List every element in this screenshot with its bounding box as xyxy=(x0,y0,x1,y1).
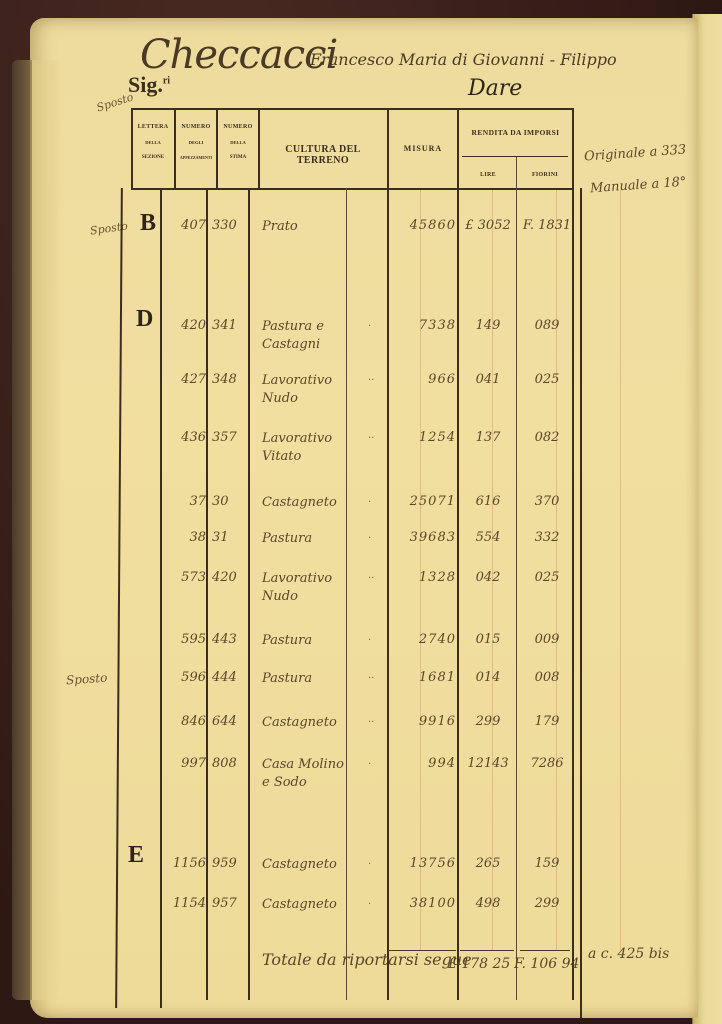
cell-dot: .. xyxy=(368,430,374,441)
cell-misura: 1681 xyxy=(390,670,456,685)
table-row: 596 444 Pastura .. 1681 014 008 xyxy=(0,670,722,710)
cell-dot: .. xyxy=(368,372,374,383)
cell-misura: 1328 xyxy=(390,570,456,585)
cell-fiorini: 025 xyxy=(522,372,572,387)
table-row: 573 420 Lavorativo Nudo .. 1328 042 025 xyxy=(0,570,722,610)
table-row: 595 443 Pastura . 2740 015 009 xyxy=(0,632,722,672)
cell-appezzamento: 38 xyxy=(166,530,206,545)
table-row: 427 348 Lavorativo Nudo .. 966 041 025 xyxy=(0,372,722,412)
cell-lire: 015 xyxy=(462,632,514,647)
cell-lire: 616 xyxy=(462,494,514,509)
cell-dot: .. xyxy=(368,714,374,725)
cell-fiorini: 332 xyxy=(522,530,572,545)
ledger-side-label: Dare xyxy=(468,76,522,101)
cell-dot: .. xyxy=(368,670,374,681)
total-lire: £ 178 25 xyxy=(448,956,510,972)
cell-dot: . xyxy=(368,318,371,329)
cell-appezzamento: 427 xyxy=(166,372,206,387)
table-row: 407 330 Prato 45860 £ 3052 F. 1831 xyxy=(0,218,722,258)
salutation-text: Sig. xyxy=(128,72,163,97)
header-stima: NUMERO DELLA STIMA xyxy=(217,124,259,160)
table-row: 846 644 Castagneto .. 9916 299 179 xyxy=(0,714,722,754)
cell-cultura: Pastura xyxy=(262,670,352,688)
cell-misura: 966 xyxy=(390,372,456,387)
cell-stima: 341 xyxy=(212,318,252,333)
header-appezzamenti: NUMERO DEGLI APPEZZAMENTI xyxy=(175,124,217,160)
cell-appezzamento: 436 xyxy=(166,430,206,445)
total-carry-note: a c. 425 bis xyxy=(588,946,669,962)
cell-lire: 149 xyxy=(462,318,514,333)
cell-misura: 7338 xyxy=(390,318,456,333)
cell-misura: 39683 xyxy=(390,530,456,545)
cell-stima: 644 xyxy=(212,714,252,729)
cell-fiorini: F. 1831 xyxy=(522,218,572,233)
cell-lire: 014 xyxy=(462,670,514,685)
cell-lire: 265 xyxy=(462,856,514,871)
cell-lire: 498 xyxy=(462,896,514,911)
cell-stima: 348 xyxy=(212,372,252,387)
table-row: 420 341 Pastura e Castagni . 7338 149 08… xyxy=(0,318,722,358)
cell-dot: . xyxy=(368,530,371,541)
cell-fiorini: 089 xyxy=(522,318,572,333)
cell-stima: 959 xyxy=(212,856,252,871)
rendita-divider xyxy=(462,156,568,157)
cell-fiorini: 370 xyxy=(522,494,572,509)
cell-dot: . xyxy=(368,756,371,767)
cell-lire: 042 xyxy=(462,570,514,585)
cell-dot: . xyxy=(368,896,371,907)
salutation: Sig.ri xyxy=(128,72,170,98)
cell-misura: 994 xyxy=(390,756,456,771)
header-sezione: LETTERA DELLA SEZIONE xyxy=(132,124,174,160)
header-fiorini: FIORINI xyxy=(518,172,572,178)
cell-dot: . xyxy=(368,632,371,643)
cell-fiorini: 299 xyxy=(522,896,572,911)
cell-appezzamento: 595 xyxy=(166,632,206,647)
cell-fiorini: 009 xyxy=(522,632,572,647)
cell-cultura: Casa Molino e Sodo xyxy=(262,756,352,792)
cell-appezzamento: 596 xyxy=(166,670,206,685)
owner-given-names: Francesco Maria di Giovanni - Filippo xyxy=(310,50,617,69)
cell-fiorini: 008 xyxy=(522,670,572,685)
total-rule-fiorini xyxy=(520,950,570,951)
cell-cultura: Castagneto xyxy=(262,896,352,914)
cell-misura: 25071 xyxy=(390,494,456,509)
cell-stima: 31 xyxy=(212,530,252,545)
cell-lire: 299 xyxy=(462,714,514,729)
cell-stima: 808 xyxy=(212,756,252,771)
cell-cultura: Pastura xyxy=(262,530,352,548)
cell-cultura: Lavorativo Nudo xyxy=(262,372,352,408)
cell-appezzamento: 1156 xyxy=(166,856,206,871)
cell-dot: . xyxy=(368,494,371,505)
table-header-border xyxy=(131,188,573,190)
salutation-sup: ri xyxy=(163,76,170,87)
total-fiorini: F. 106 94 xyxy=(514,956,579,972)
cell-cultura: Prato xyxy=(262,218,352,236)
cell-appezzamento: 420 xyxy=(166,318,206,333)
cell-appezzamento: 573 xyxy=(166,570,206,585)
cell-misura: 38100 xyxy=(390,896,456,911)
cell-cultura: Castagneto xyxy=(262,856,352,874)
cell-appezzamento: 37 xyxy=(166,494,206,509)
cell-lire: 554 xyxy=(462,530,514,545)
cell-misura: 1254 xyxy=(390,430,456,445)
table-row: 1154 957 Castagneto . 38100 498 299 xyxy=(0,896,722,936)
cell-lire: 12143 xyxy=(462,756,514,771)
cell-misura: 9916 xyxy=(390,714,456,729)
cell-cultura: Castagneto xyxy=(262,714,352,732)
cell-fiorini: 159 xyxy=(522,856,572,871)
table-row: 436 357 Lavorativo Vitato .. 1254 137 08… xyxy=(0,430,722,470)
cell-cultura: Pastura e Castagni xyxy=(262,318,352,354)
cell-stima: 357 xyxy=(212,430,252,445)
cell-fiorini: 025 xyxy=(522,570,572,585)
cell-cultura: Lavorativo Nudo xyxy=(262,570,352,606)
cell-fiorini: 179 xyxy=(522,714,572,729)
cell-cultura: Lavorativo Vitato xyxy=(262,430,352,466)
cell-cultura: Pastura xyxy=(262,632,352,650)
table-row: 1156 959 Castagneto . 13756 265 159 xyxy=(0,856,722,896)
cell-appezzamento: 407 xyxy=(166,218,206,233)
header-misura: MISURA xyxy=(389,144,457,153)
cell-misura: 13756 xyxy=(390,856,456,871)
total-label: Totale da riportarsi segue xyxy=(262,950,472,969)
header-cultura: CULTURA DEL TERRENO xyxy=(260,144,386,166)
table-row: 997 808 Casa Molino e Sodo . 994 12143 7… xyxy=(0,756,722,796)
cell-lire: 041 xyxy=(462,372,514,387)
table-top-border xyxy=(131,108,573,110)
table-row: 38 31 Pastura . 39683 554 332 xyxy=(0,530,722,570)
cell-lire: 137 xyxy=(462,430,514,445)
cell-misura: 45860 xyxy=(390,218,456,233)
cell-lire: £ 3052 xyxy=(462,218,514,233)
cell-fiorini: 7286 xyxy=(522,756,572,771)
table-row: 37 30 Castagneto . 25071 616 370 xyxy=(0,494,722,534)
cell-dot: .. xyxy=(368,570,374,581)
cell-stima: 957 xyxy=(212,896,252,911)
cell-dot: . xyxy=(368,856,371,867)
cell-stima: 330 xyxy=(212,218,252,233)
cell-stima: 30 xyxy=(212,494,252,509)
cell-fiorini: 082 xyxy=(522,430,572,445)
cell-appezzamento: 1154 xyxy=(166,896,206,911)
header-lire: LIRE xyxy=(459,172,517,178)
cell-stima: 443 xyxy=(212,632,252,647)
cell-stima: 444 xyxy=(212,670,252,685)
cell-cultura: Castagneto xyxy=(262,494,352,512)
cell-appezzamento: 846 xyxy=(166,714,206,729)
cell-stima: 420 xyxy=(212,570,252,585)
cell-misura: 2740 xyxy=(390,632,456,647)
cell-appezzamento: 997 xyxy=(166,756,206,771)
header-rendita: RENDITA DA IMPORSI xyxy=(459,128,572,137)
